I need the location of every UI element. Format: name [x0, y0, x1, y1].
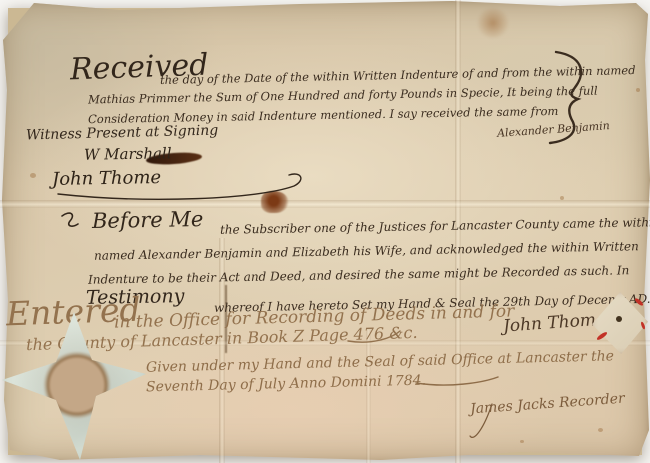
- document-photo: Received the day of the Date of the with…: [0, 0, 650, 463]
- acknowledgment-opening-words: Before Me: [92, 207, 204, 233]
- witness-signature-marshall: W Marshall: [84, 144, 172, 164]
- witness-signature-thome: John Thome: [52, 167, 161, 190]
- wax-center-dot: [616, 316, 622, 322]
